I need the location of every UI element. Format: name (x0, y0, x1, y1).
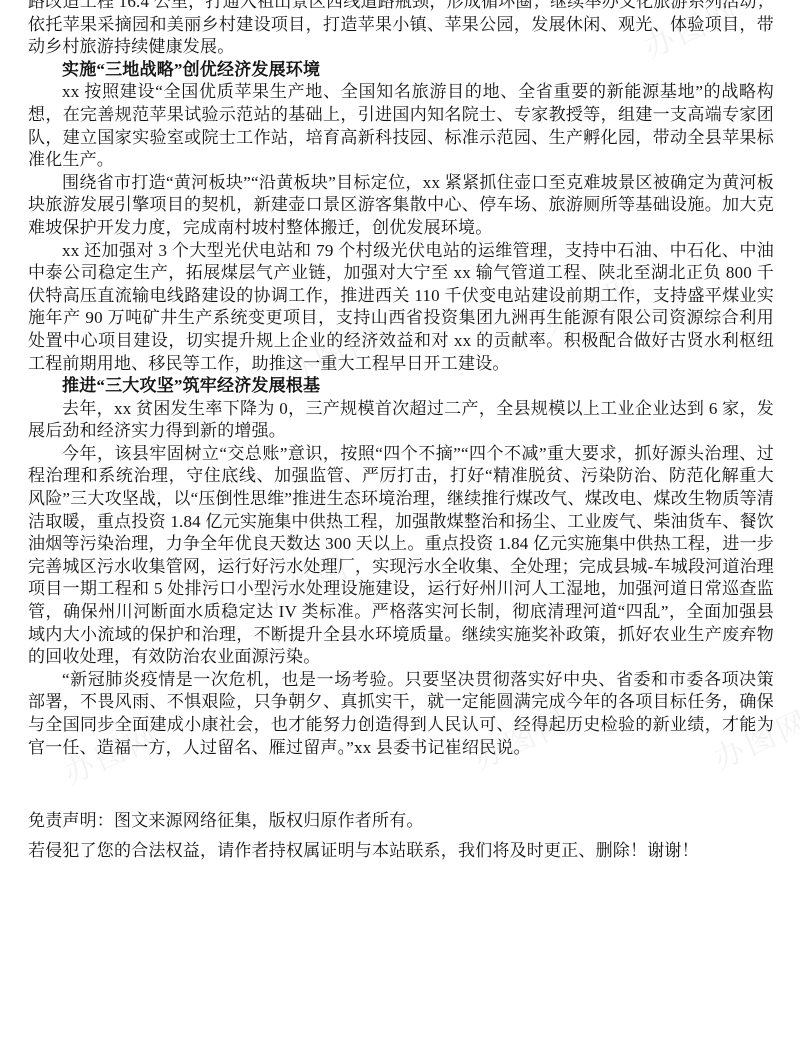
article-paragraph: xx 还加强对 3 个大型光伏电站和 79 个村级光伏电站的运维管理，支持中石油… (28, 240, 774, 376)
disclaimer-block: 免责声明：图文来源网络征集，版权归原作者所有。 若侵犯了您的合法权益，请作者持权… (28, 806, 774, 866)
disclaimer-line-1: 免责声明：图文来源网络征集，版权归原作者所有。 (28, 806, 774, 836)
section-heading: 推进“三大攻坚”筑牢经济发展根基 (28, 375, 774, 398)
document-page: 办图网办图网办图网办图网办图网办图网办图网 路改造工程 16.4 公里，打通入祖… (0, 0, 800, 1057)
disclaimer-line-2: 若侵犯了您的合法权益，请作者持权属证明与本站联系，我们将及时更正、删除！谢谢！ (28, 836, 774, 866)
article-paragraph: 今年，该县牢固树立“交总账”意识，按照“四个不摘”“四个不减”重大要求，抓好源头… (28, 443, 774, 669)
article-paragraph: 路改造工程 16.4 公里，打通入祖山景区西线道路瓶颈，形成循环圈；继续举办文化… (28, 0, 774, 59)
article-paragraph: 围绕省市打造“黄河板块”“沿黄板块”目标定位，xx 紧紧抓住壶口至克难坡景区被确… (28, 172, 774, 240)
article-paragraph: 去年，xx 贫困发生率下降为 0，三产规模首次超过二产，全县规模以上工业企业达到… (28, 398, 774, 443)
article-paragraph: xx 按照建设“全国优质苹果生产地、全国知名旅游目的地、全省重要的新能源基地”的… (28, 81, 774, 171)
section-heading: 实施“三地战略”创优经济发展环境 (28, 59, 774, 82)
article-paragraph: “新冠肺炎疫情是一次危机，也是一场考验。只要坚决贯彻落实好中央、省委和市委各项决… (28, 669, 774, 759)
article-body: 路改造工程 16.4 公里，打通入祖山景区西线道路瓶颈，形成循环圈；继续举办文化… (28, 0, 774, 759)
